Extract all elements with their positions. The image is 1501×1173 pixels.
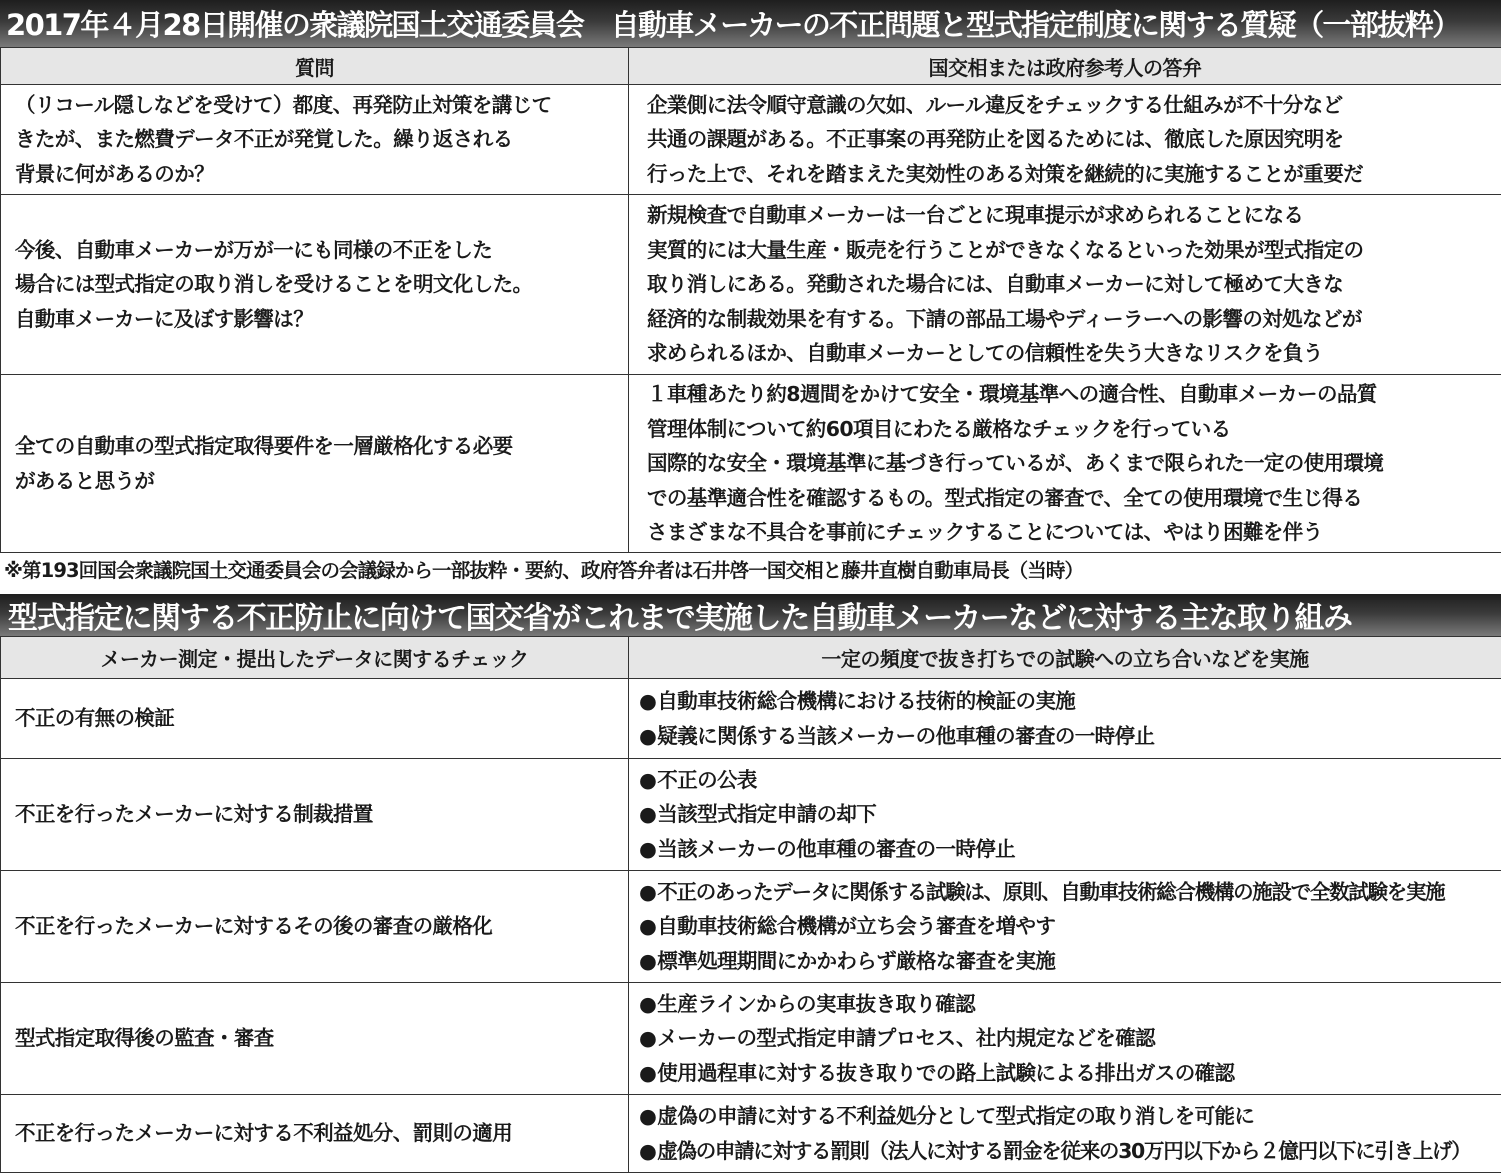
bullet-icon: ● bbox=[639, 944, 656, 979]
table-row: 不正を行ったメーカーに対する制裁措置 ●不正の公表 ●当該型式指定申請の却下 ●… bbox=[1, 759, 1501, 871]
footnote: ※第193回国会衆議院国土交通委員会の会議録から一部抜粋・要約、政府答弁者は石井… bbox=[4, 555, 1083, 583]
bullet-icon: ● bbox=[639, 1021, 656, 1056]
table-row: （リコール隠しなどを受けて）都度、再発防止対策を講じて きたが、また燃費データ不… bbox=[1, 85, 1501, 195]
section1-title: 2017年４月28日開催の衆議院国土交通委員会 自動車メーカーの不正問題と型式指… bbox=[0, 0, 1501, 47]
table-row: 全ての自動車の型式指定取得要件を一層厳格化する必要 があると思うが １車種あたり… bbox=[1, 375, 1501, 553]
qa-table: 質問 国交相または政府参考人の答弁 （リコール隠しなどを受けて）都度、再発防止対… bbox=[0, 47, 1501, 553]
question-cell: 今後、自動車メーカーが万が一にも同様の不正をした 場合には型式指定の取り消しを受… bbox=[1, 195, 629, 375]
bullet-icon: ● bbox=[639, 832, 656, 867]
answer-cell: 企業側に法令順守意識の欠如、ルール違反をチェックする仕組みが不十分など 共通の課… bbox=[629, 85, 1501, 195]
list-item: ●自動車技術総合機構における技術的検証の実施 bbox=[639, 684, 1500, 719]
list-item: ●使用過程車に対する抜き取りでの路上試験による排出ガスの確認 bbox=[639, 1056, 1500, 1091]
measures-cell: ●虚偽の申請に対する不利益処分として型式指定の取り消しを可能に ●虚偽の申請に対… bbox=[629, 1095, 1501, 1173]
table-row: 型式指定取得後の監査・審査 ●生産ラインからの実車抜き取り確認 ●メーカーの型式… bbox=[1, 983, 1501, 1095]
measures-table: メーカー測定・提出したデータに関するチェック 一定の頻度で抜き打ちでの試験への立… bbox=[0, 636, 1501, 1173]
bullet-icon: ● bbox=[639, 1099, 656, 1134]
bullet-icon: ● bbox=[639, 875, 656, 910]
measures-cell: ●生産ラインからの実車抜き取り確認 ●メーカーの型式指定申請プロセス、社内規定な… bbox=[629, 983, 1501, 1095]
column-header-measures: 一定の頻度で抜き打ちでの試験への立ち合いなどを実施 bbox=[629, 637, 1501, 679]
list-item: ●メーカーの型式指定申請プロセス、社内規定などを確認 bbox=[639, 1021, 1500, 1056]
table-row: 今後、自動車メーカーが万が一にも同様の不正をした 場合には型式指定の取り消しを受… bbox=[1, 195, 1501, 375]
measures-cell: ●自動車技術総合機構における技術的検証の実施 ●疑義に関係する当該メーカーの他車… bbox=[629, 679, 1501, 759]
category-cell: 不正を行ったメーカーに対する不利益処分、罰則の適用 bbox=[1, 1095, 629, 1173]
list-item: ●虚偽の申請に対する罰則（法人に対する罰金を従来の30万円以下から２億円以下に引… bbox=[639, 1134, 1500, 1169]
table-row: 不正を行ったメーカーに対する不利益処分、罰則の適用 ●虚偽の申請に対する不利益処… bbox=[1, 1095, 1501, 1173]
list-item: ●当該型式指定申請の却下 bbox=[639, 797, 1500, 832]
answer-cell: 新規検査で自動車メーカーは一台ごとに現車提示が求められることになる 実質的には大… bbox=[629, 195, 1501, 375]
category-cell: 不正の有無の検証 bbox=[1, 679, 629, 759]
table-row: 不正の有無の検証 ●自動車技術総合機構における技術的検証の実施 ●疑義に関係する… bbox=[1, 679, 1501, 759]
bullet-icon: ● bbox=[639, 1056, 656, 1091]
bullet-icon: ● bbox=[639, 719, 656, 754]
list-item: ●当該メーカーの他車種の審査の一時停止 bbox=[639, 832, 1500, 867]
column-header-question: 質問 bbox=[1, 48, 629, 85]
bullet-icon: ● bbox=[639, 684, 656, 719]
list-item: ●虚偽の申請に対する不利益処分として型式指定の取り消しを可能に bbox=[639, 1099, 1500, 1134]
list-item: ●標準処理期間にかかわらず厳格な審査を実施 bbox=[639, 944, 1500, 979]
table-row: 不正を行ったメーカーに対するその後の審査の厳格化 ●不正のあったデータに関係する… bbox=[1, 871, 1501, 983]
question-cell: 全ての自動車の型式指定取得要件を一層厳格化する必要 があると思うが bbox=[1, 375, 629, 553]
bullet-icon: ● bbox=[639, 987, 656, 1022]
bullet-icon: ● bbox=[639, 1134, 656, 1169]
section2-title: 型式指定に関する不正防止に向けて国交省がこれまで実施した自動車メーカーなどに対す… bbox=[0, 594, 1501, 636]
list-item: ●自動車技術総合機構が立ち会う審査を増やす bbox=[639, 909, 1500, 944]
measures-header-row: メーカー測定・提出したデータに関するチェック 一定の頻度で抜き打ちでの試験への立… bbox=[1, 637, 1501, 679]
question-cell: （リコール隠しなどを受けて）都度、再発防止対策を講じて きたが、また燃費データ不… bbox=[1, 85, 629, 195]
category-cell: 不正を行ったメーカーに対する制裁措置 bbox=[1, 759, 629, 871]
list-item: ●生産ラインからの実車抜き取り確認 bbox=[639, 987, 1500, 1022]
list-item: ●疑義に関係する当該メーカーの他車種の審査の一時停止 bbox=[639, 719, 1500, 754]
answer-cell: １車種あたり約8週間をかけて安全・環境基準への適合性、自動車メーカーの品質 管理… bbox=[629, 375, 1501, 553]
category-cell: 不正を行ったメーカーに対するその後の審査の厳格化 bbox=[1, 871, 629, 983]
category-cell: 型式指定取得後の監査・審査 bbox=[1, 983, 629, 1095]
list-item: ●不正の公表 bbox=[639, 763, 1500, 798]
qa-header-row: 質問 国交相または政府参考人の答弁 bbox=[1, 48, 1501, 85]
column-header-answer: 国交相または政府参考人の答弁 bbox=[629, 48, 1501, 85]
list-item: ●不正のあったデータに関係する試験は、原則、自動車技術総合機構の施設で全数試験を… bbox=[639, 875, 1500, 910]
column-header-category: メーカー測定・提出したデータに関するチェック bbox=[1, 637, 629, 679]
bullet-icon: ● bbox=[639, 797, 656, 832]
bullet-icon: ● bbox=[639, 763, 656, 798]
measures-cell: ●不正のあったデータに関係する試験は、原則、自動車技術総合機構の施設で全数試験を… bbox=[629, 871, 1501, 983]
measures-cell: ●不正の公表 ●当該型式指定申請の却下 ●当該メーカーの他車種の審査の一時停止 bbox=[629, 759, 1501, 871]
bullet-icon: ● bbox=[639, 909, 656, 944]
